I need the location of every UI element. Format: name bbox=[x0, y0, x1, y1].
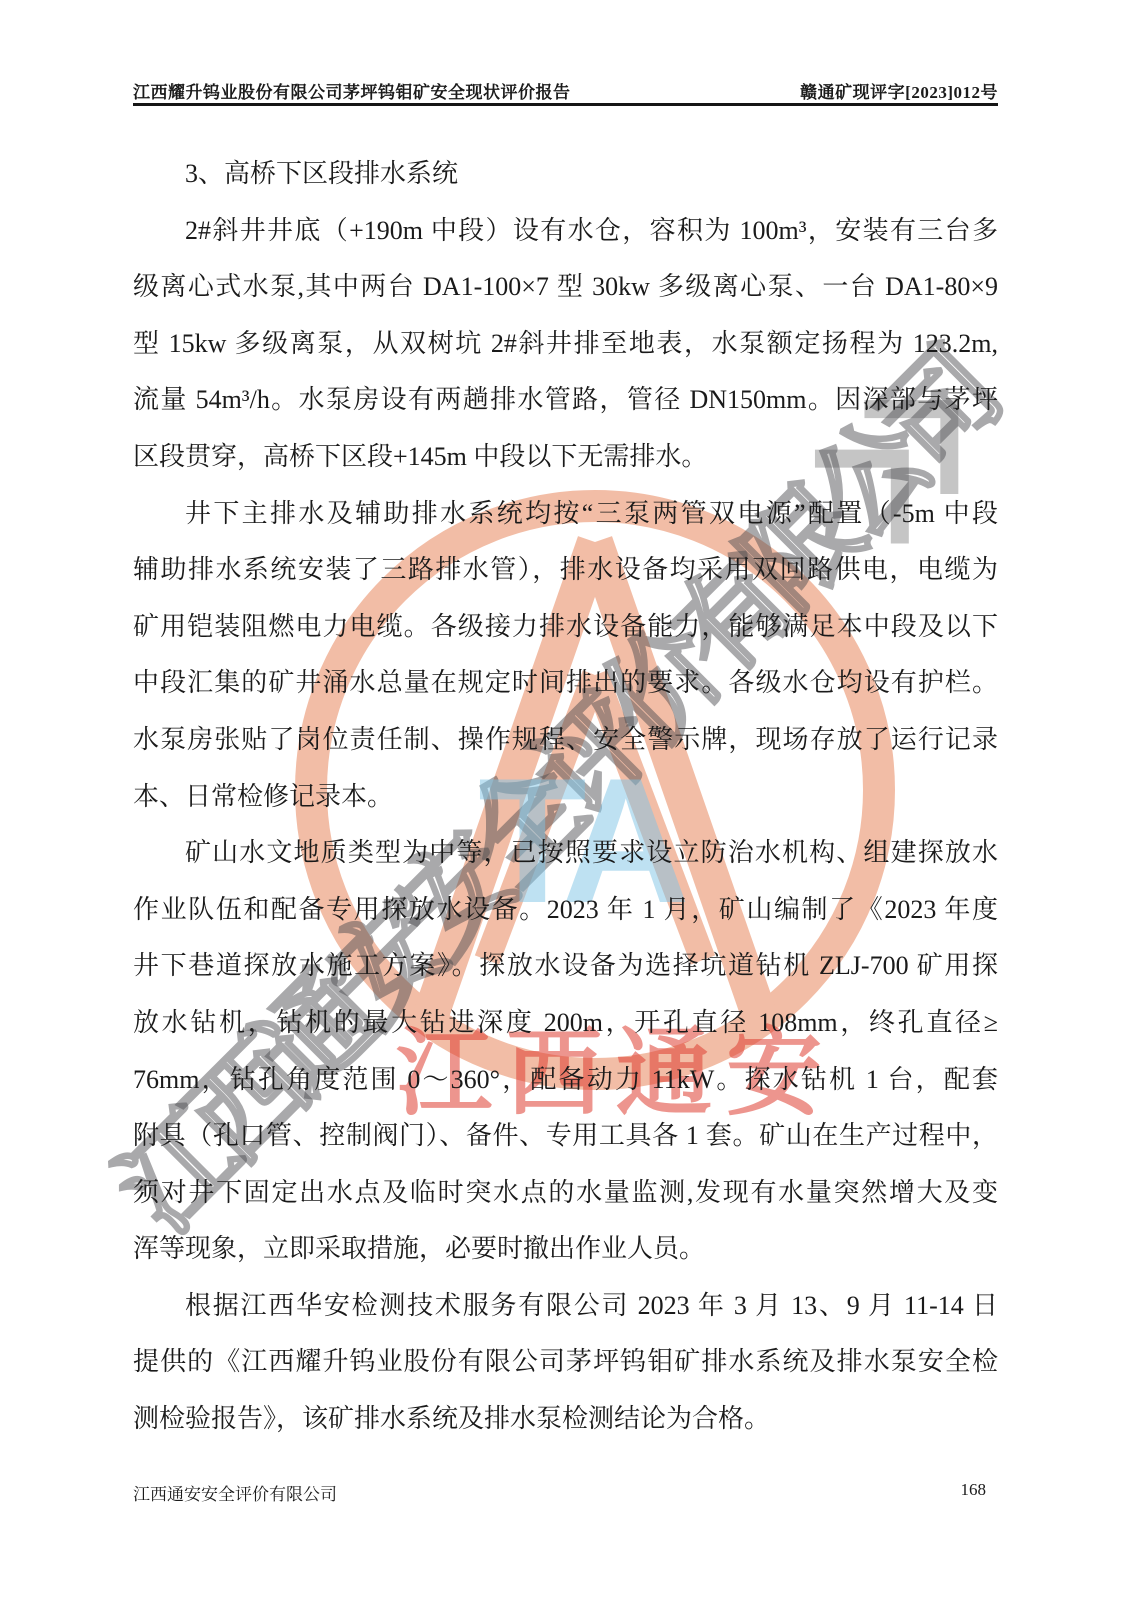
body-line: 附具（孔口管、控制阀门）、备件、专用工具各 1 套。矿山在生产过程中， bbox=[133, 1108, 998, 1165]
page-header: 江西耀升钨业股份有限公司茅坪钨钼矿安全现状评价报告 赣通矿现评字[2023]01… bbox=[133, 78, 998, 103]
body-line: 中段汇集的矿井涌水总量在规定时间排出的要求。各级水仓均设有护栏。 bbox=[133, 655, 998, 712]
header-right-doc-number: 赣通矿现评字[2023]012号 bbox=[800, 78, 998, 103]
page-number: 168 bbox=[961, 1480, 987, 1505]
body-line: 须对井下固定出水点及临时突水点的水量监测,发现有水量突然增大及变 bbox=[133, 1165, 998, 1222]
body-line: 矿用铠装阻燃电力电缆。各级接力排水设备能力，能够满足本中段及以下 bbox=[133, 599, 998, 656]
body-line: 提供的《江西耀升钨业股份有限公司茅坪钨钼矿排水系统及排水泵安全检 bbox=[133, 1334, 998, 1391]
header-left-title: 江西耀升钨业股份有限公司茅坪钨钼矿安全现状评价报告 bbox=[133, 78, 571, 103]
footer-company: 江西通安安全评价有限公司 bbox=[133, 1480, 337, 1505]
body-line: 型 15kw 多级离泵，从双树坑 2#斜井排至地表，水泵额定扬程为 123.2m… bbox=[133, 316, 998, 373]
body-line: 水泵房张贴了岗位责任制、操作规程、安全警示牌，现场存放了运行记录 bbox=[133, 712, 998, 769]
body-line: 辅助排水系统安装了三路排水管），排水设备均采用双回路供电，电缆为 bbox=[133, 542, 998, 599]
body-line: 级离心式水泵,其中两台 DA1-100×7 型 30kw 多级离心泵、一台 DA… bbox=[133, 259, 998, 316]
body-line: 矿山水文地质类型为中等，已按照要求设立防治水机构、组建探放水 bbox=[133, 825, 998, 882]
body-line: 76mm，钻孔角度范围 0～360°，配备动力 11kW。探水钻机 1 台，配套 bbox=[133, 1052, 998, 1109]
body-line: 区段贯穿，高桥下区段+145m 中段以下无需排水。 bbox=[133, 429, 998, 486]
body-line: 井下巷道探放水施工方案》。探放水设备为选择坑道钻机 ZLJ-700 矿用探 bbox=[133, 938, 998, 995]
report-page: 江西通安安全评价有限公司 TA 江西通安 江西耀升钨业股份有限公司茅坪钨钼矿安全… bbox=[0, 0, 1131, 1600]
body-line: 根据江西华安检测技术服务有限公司 2023 年 3 月 13、9 月 11-14… bbox=[133, 1278, 998, 1335]
body-line: 测检验报告》，该矿排水系统及排水泵检测结论为合格。 bbox=[133, 1391, 998, 1448]
page-footer: 江西通安安全评价有限公司 168 bbox=[133, 1480, 998, 1505]
body-line: 井下主排水及辅助排水系统均按“三泵两管双电源”配置（-5m 中段 bbox=[133, 486, 998, 543]
body-line: 本、日常检修记录本。 bbox=[133, 769, 998, 826]
body-line: 浑等现象，立即采取措施，必要时撤出作业人员。 bbox=[133, 1221, 998, 1278]
body-line: 2#斜井井底（+190m 中段）设有水仓，容积为 100m³，安装有三台多 bbox=[133, 203, 998, 260]
body-line: 作业队伍和配备专用探放水设备。2023 年 1 月，矿山编制了《2023 年度 bbox=[133, 882, 998, 939]
section-heading: 3、高桥下区段排水系统 bbox=[133, 146, 998, 203]
body-text: 3、高桥下区段排水系统 2#斜井井底（+190m 中段）设有水仓，容积为 100… bbox=[133, 146, 998, 1448]
header-rule bbox=[133, 103, 998, 106]
body-line: 放水钻机，钻机的最大钻进深度 200m，开孔直径 108mm，终孔直径≥ bbox=[133, 995, 998, 1052]
body-line: 流量 54m³/h。水泵房设有两趟排水管路，管径 DN150mm。因深部与茅坪 bbox=[133, 372, 998, 429]
